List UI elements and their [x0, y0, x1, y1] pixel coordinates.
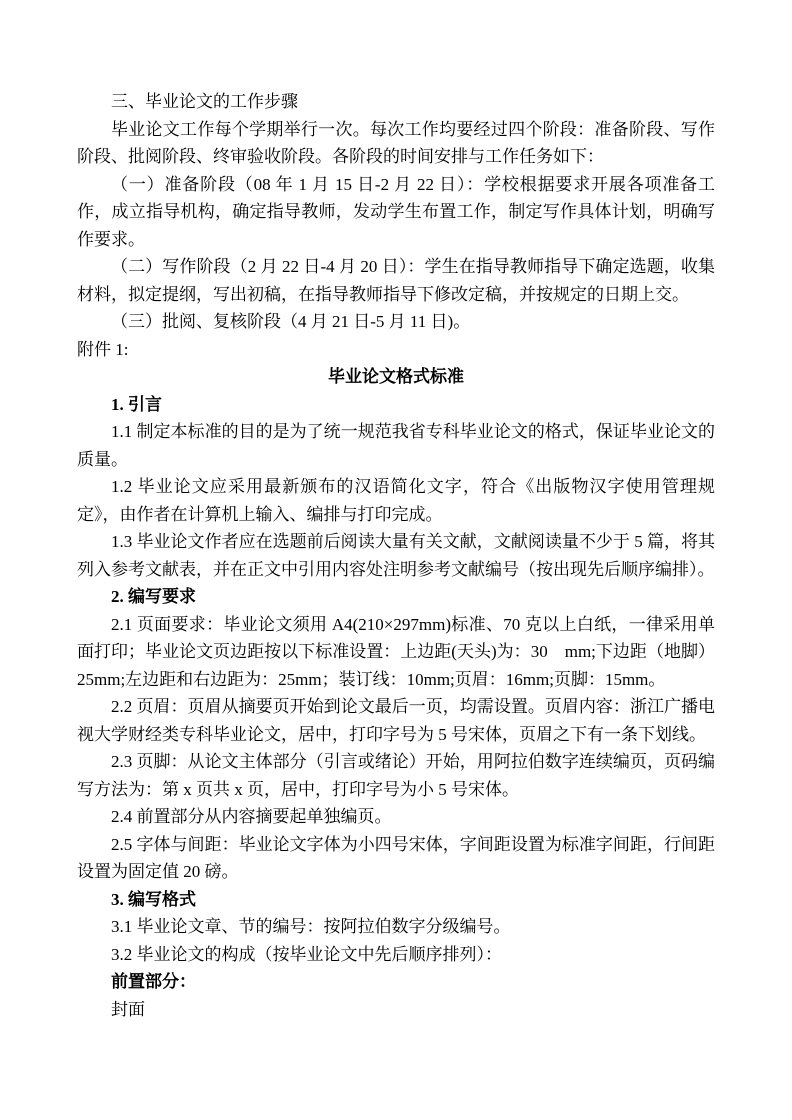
- front-part-heading: 前置部分：: [77, 968, 715, 996]
- paragraph-1-2: 1.2 毕业论文应采用最新颁布的汉语简化文字，符合《出版物汉字使用管理规定》，由…: [77, 473, 715, 528]
- stage-paragraph-review: （三）批阅、复核阶段（4 月 21 日-5 月 11 日)。: [77, 308, 715, 336]
- paragraph-2-3: 2.3 页脚：从论文主体部分（引言或绪论）开始，用阿拉伯数字连续编页，页码编写方…: [77, 748, 715, 803]
- work-steps-intro-paragraph: 毕业论文工作每个学期举行一次。每次工作均要经过四个阶段：准备阶段、写作阶段、批阅…: [77, 116, 715, 171]
- attachment-label: 附件 1:: [77, 336, 715, 364]
- work-steps-heading: 三、毕业论文的工作步骤: [77, 88, 715, 116]
- paragraph-3-2: 3.2 毕业论文的构成（按毕业论文中先后顺序排列）：: [77, 941, 715, 969]
- paragraph-2-2: 2.2 页眉：页眉从摘要页开始到论文最后一页，均需设置。页眉内容：浙江广播电视大…: [77, 693, 715, 748]
- section-heading-writing-requirements: 2. 编写要求: [77, 583, 715, 611]
- section-heading-introduction: 1. 引言: [77, 391, 715, 419]
- paragraph-1-3: 1.3 毕业论文作者应在选题前后阅读大量有关文献，文献阅读量不少于 5 篇，将其…: [77, 528, 715, 583]
- paragraph-3-1: 3.1 毕业论文章、节的编号：按阿拉伯数字分级编号。: [77, 913, 715, 941]
- paragraph-1-1: 1.1 制定本标准的目的是为了统一规范我省专科毕业论文的格式，保证毕业论文的质量…: [77, 418, 715, 473]
- document-page: 三、毕业论文的工作步骤 毕业论文工作每个学期举行一次。每次工作均要经过四个阶段：…: [0, 0, 792, 1120]
- paragraph-2-5: 2.5 字体与间距：毕业论文字体为小四号宋体，字间距设置为标准字间距，行间距设置…: [77, 831, 715, 886]
- paragraph-2-4: 2.4 前置部分从内容摘要起单独编页。: [77, 803, 715, 831]
- front-part-item-cover: 封面: [77, 996, 715, 1024]
- paragraph-2-1: 2.1 页面要求：毕业论文须用 A4(210×297mm)标准、70 克以上白纸…: [77, 611, 715, 694]
- attachment-title: 毕业论文格式标准: [77, 363, 715, 391]
- stage-paragraph-writing: （二）写作阶段（2 月 22 日-4 月 20 日）：学生在指导教师指导下确定选…: [77, 253, 715, 308]
- stage-paragraph-preparation: （一）准备阶段（08 年 1 月 15 日-2 月 22 日）：学校根据要求开展…: [77, 171, 715, 254]
- section-heading-writing-format: 3. 编写格式: [77, 886, 715, 914]
